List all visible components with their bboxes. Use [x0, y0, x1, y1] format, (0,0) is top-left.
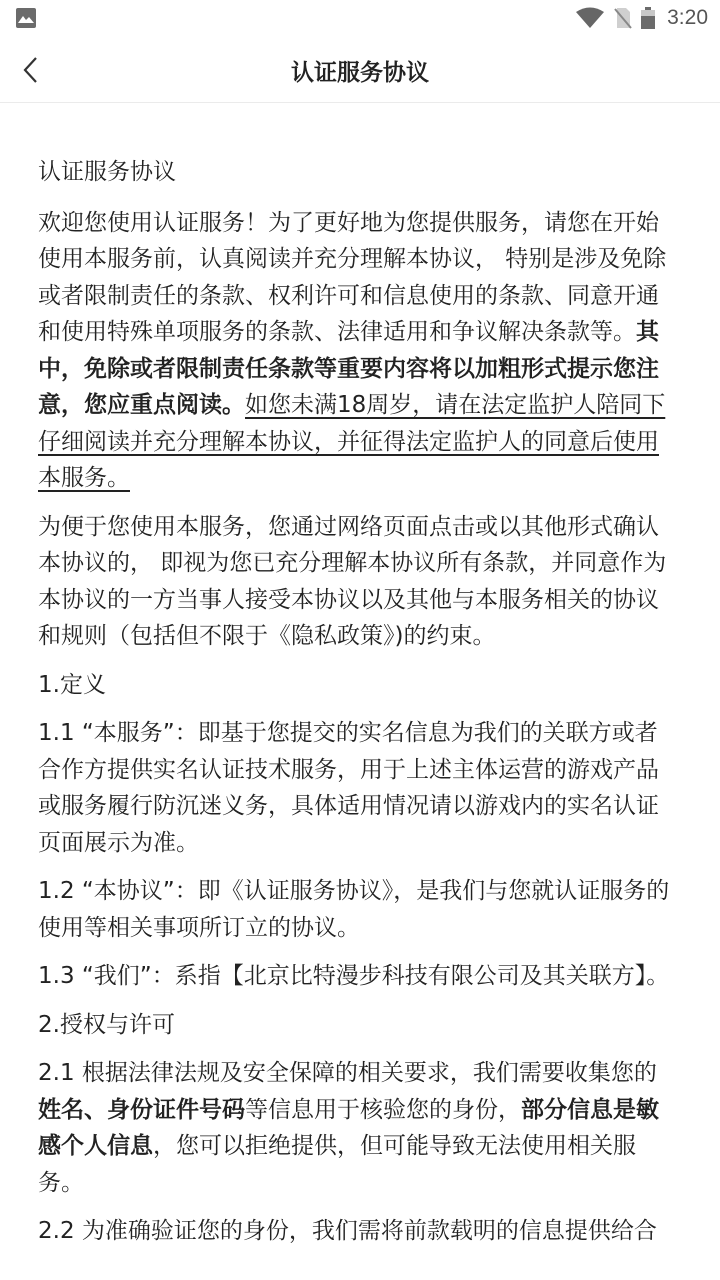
no-sim-icon — [613, 7, 633, 29]
intro-paragraph: 欢迎您使用认证服务！为了更好地为您提供服务，请您在开始使用本服务前，认真阅读并充… — [38, 205, 678, 497]
page-title: 认证服务协议 — [0, 54, 720, 87]
section-heading-authorization: 2.授权与许可 — [38, 1007, 678, 1044]
clause-2-2: 2.2 为准确验证您的身份，我们需将前款载明的信息提供给合 — [38, 1213, 678, 1250]
section-heading-definitions: 1.定义 — [38, 667, 678, 704]
nav-bar: 认证服务协议 — [0, 36, 720, 103]
status-icons: 3:20 — [575, 4, 708, 32]
agreement-content[interactable]: 认证服务协议 欢迎您使用认证服务！为了更好地为您提供服务，请您在开始使用本服务前… — [38, 104, 678, 1262]
definition-1-3: 1.3 “我们”：系指【北京比特漫步科技有限公司及其关联方】。 — [38, 958, 678, 995]
battery-icon — [641, 7, 655, 29]
definition-1-1: 1.1 “本服务”：即基于您提交的实名信息为我们的关联方或者合作方提供实名认证技… — [38, 715, 678, 861]
definition-1-2: 1.2 “本协议”：即《认证服务协议》，是我们与您就认证服务的使用等相关事项所订… — [38, 873, 678, 946]
image-icon — [16, 8, 36, 28]
document-title: 认证服务协议 — [38, 154, 678, 191]
clock: 3:20 — [667, 6, 708, 30]
consent-paragraph: 为便于您使用本服务，您通过网络页面点击或以其他形式确认本协议的， 即视为您已充分… — [38, 509, 678, 655]
wifi-icon — [575, 7, 605, 29]
clause-2-1: 2.1 根据法律法规及安全保障的相关要求，我们需要收集您的姓名、身份证件号码等信… — [38, 1055, 678, 1201]
status-bar: 3:20 — [0, 0, 720, 36]
